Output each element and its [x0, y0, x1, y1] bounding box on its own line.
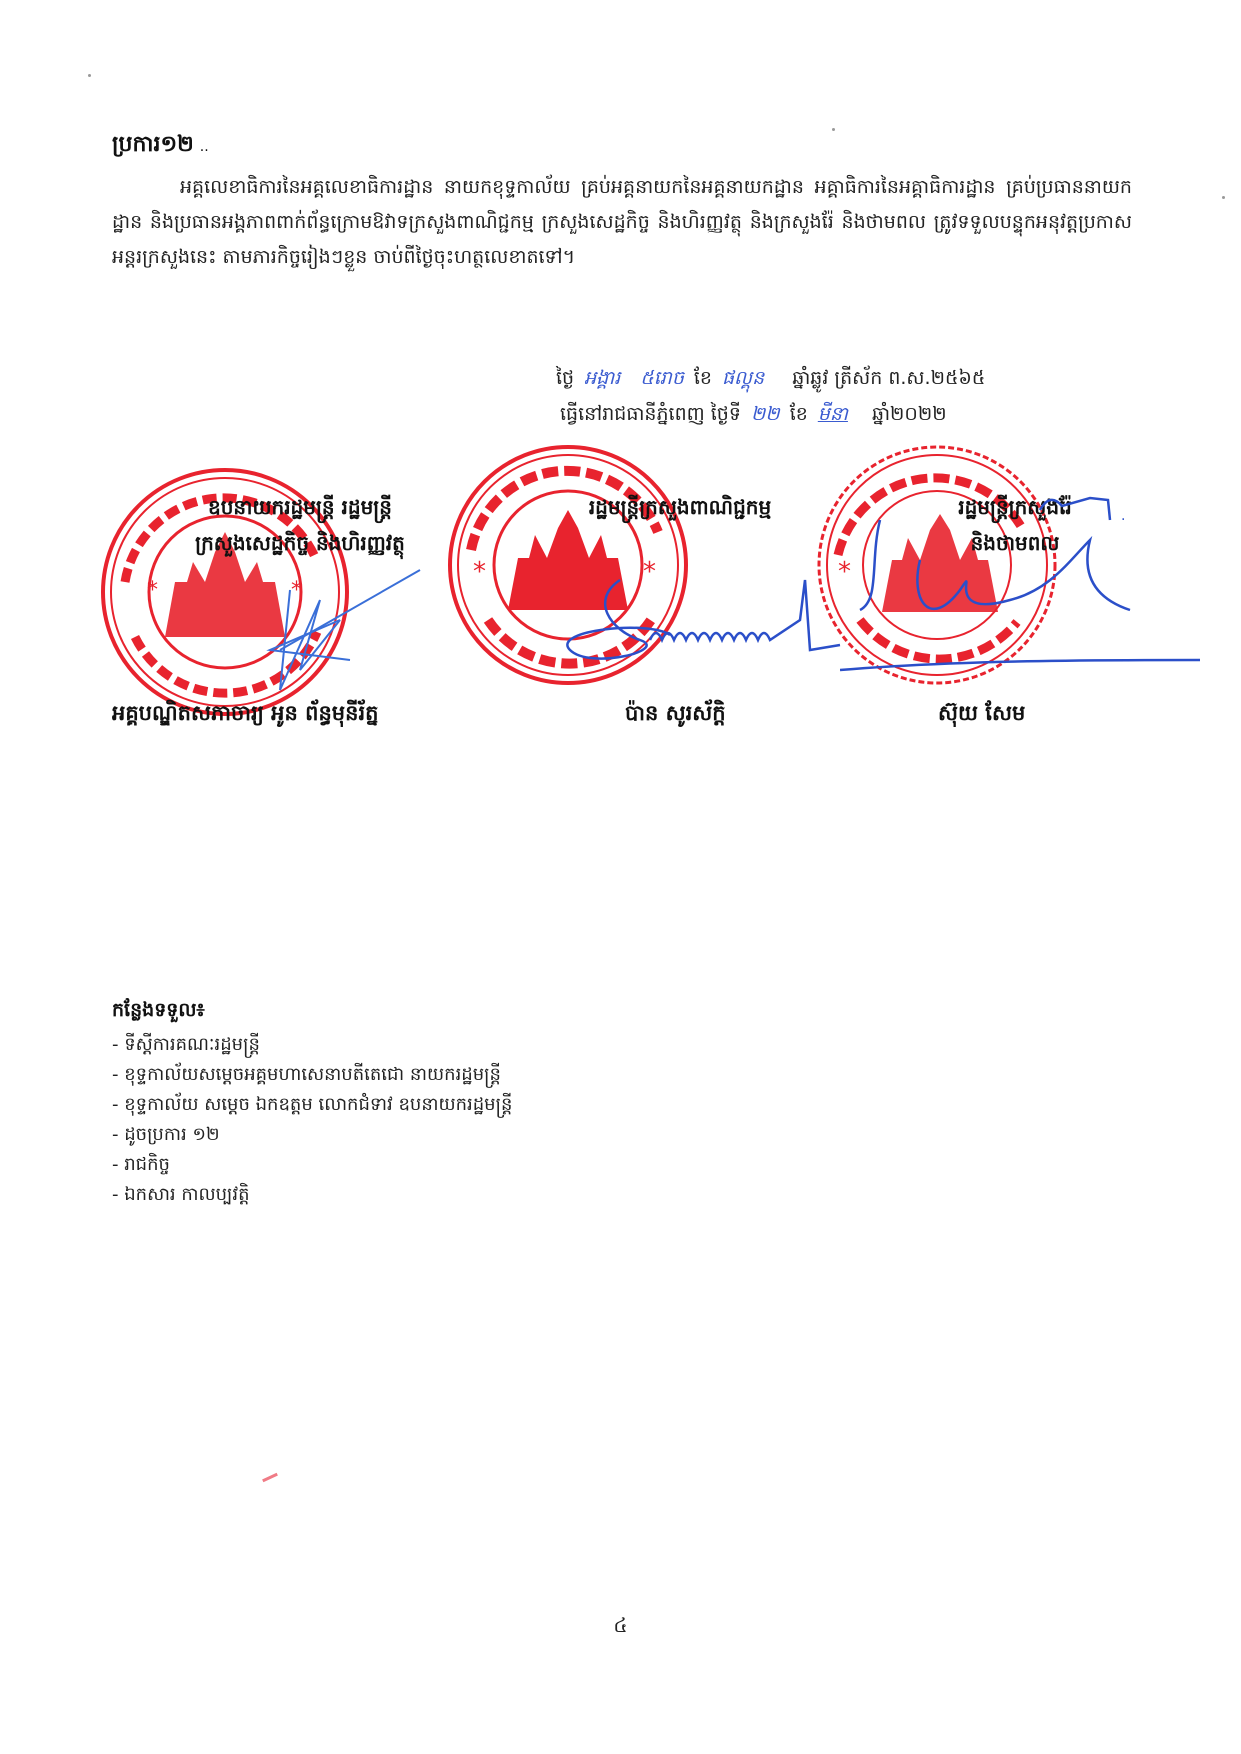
signatory-2-title-line1: រដ្ឋមន្ត្រីក្រសួងពាណិជ្ជកម្ម — [520, 494, 840, 524]
signatory-3-title-line1: រដ្ឋមន្ត្រីក្រសួងរ៉ែ — [900, 494, 1130, 524]
svg-text:*: * — [838, 557, 851, 587]
recipient-item: ខុទ្ទកាល័យសម្តេចអគ្គមហាសេនាបតីតេជោ នាយករ… — [112, 1060, 512, 1090]
recipient-item: ខុទ្ទកាល័យ សម្តេច ឯកឧត្តម លោកជំទាវ ឧបនាយ… — [112, 1090, 512, 1120]
signatory-2-name: ប៉ាន សូរស័ក្តិ — [625, 700, 726, 731]
solar-year: ឆ្នាំ២០២២ — [872, 403, 947, 425]
signatory-1-name: អគ្គបណ្ឌិតសភាចារ្យ អូន ព័ន្ធមុនីរ័ត្ន — [112, 700, 378, 731]
signatory-3-title: រដ្ឋមន្ត្រីក្រសួងរ៉ែ និងថាមពល — [900, 494, 1130, 560]
solar-date-line: ធ្វើនៅរាជធានីភ្នំពេញ ថ្ងៃទី២២ខែមីនាឆ្នាំ… — [560, 402, 947, 430]
article-heading-suffix: .. — [200, 139, 209, 155]
seal-ministry-mines-energy: * — [812, 440, 1062, 690]
lunar-date-line: ថ្ងៃអង្គារ៥រោចខែផល្គុនឆ្នាំឆ្លូវ ត្រីស័ក… — [556, 366, 985, 394]
seal-ministry-commerce: * * — [443, 440, 693, 690]
lunar-weekday-handwritten: អង្គារ — [584, 367, 620, 389]
lunar-month-label: ខែ — [694, 367, 712, 389]
month-label: ខែ — [790, 403, 808, 425]
place-prefix: ធ្វើនៅរាជធានីភ្នំពេញ ថ្ងៃទី — [560, 403, 741, 425]
signatory-3-title-line2: និងថាមពល — [900, 530, 1130, 560]
day-handwritten: ២២ — [751, 403, 780, 425]
svg-text:*: * — [643, 557, 656, 587]
recipient-item: រាជកិច្ច — [112, 1150, 512, 1180]
recipient-item: ដូចប្រការ ១២ — [112, 1120, 512, 1150]
signatory-2-title: រដ្ឋមន្ត្រីក្រសួងពាណិជ្ជកម្ម — [520, 494, 840, 524]
article-heading: ប្រការ១២.. — [112, 130, 209, 162]
recipient-item: ទីស្តីការគណៈរដ្ឋមន្ត្រី — [112, 1030, 512, 1060]
lunar-month-handwritten: ផល្គុន — [722, 367, 764, 389]
scan-speck — [832, 128, 835, 131]
svg-text:*: * — [473, 557, 486, 587]
scan-speck — [1222, 196, 1225, 199]
month-handwritten: មីនា — [818, 403, 848, 425]
recipients-list: ទីស្តីការគណៈរដ្ឋមន្ត្រី ខុទ្ទកាល័យសម្តេច… — [112, 1030, 512, 1210]
signatory-3-name: ស៊ុយ សែម — [938, 700, 1025, 731]
lunar-date-prefix: ថ្ងៃ — [556, 367, 574, 389]
article-body: អគ្គលេខាធិការនៃអគ្គលេខាធិការដ្ឋាន នាយកខុ… — [112, 170, 1132, 275]
page-number: ៤ — [0, 1612, 1241, 1642]
svg-text:*: * — [147, 578, 158, 603]
recipients-title: កន្លែងទទួល៖ — [112, 998, 205, 1026]
scan-mark — [262, 1473, 278, 1482]
signatory-1-title-line2: ក្រសួងសេដ្ឋកិច្ច និងហិរញ្ញវត្ថុ — [150, 530, 450, 560]
signatory-1-title: ឧបនាយករដ្ឋមន្ត្រី រដ្ឋមន្ត្រី ក្រសួងសេដ្… — [150, 494, 450, 560]
signatory-1-title-line1: ឧបនាយករដ្ឋមន្ត្រី រដ្ឋមន្ត្រី — [150, 494, 450, 524]
lunar-year: ឆ្នាំឆ្លូវ ត្រីស័ក ព.ស.២៥៦៥ — [792, 367, 985, 389]
article-heading-text: ប្រការ១២ — [112, 132, 194, 157]
lunar-day-handwritten: ៥រោច — [640, 367, 684, 389]
scan-speck — [88, 74, 91, 77]
svg-text:*: * — [291, 578, 302, 603]
recipient-item: ឯកសារ កាលប្បវត្តិ — [112, 1180, 512, 1210]
